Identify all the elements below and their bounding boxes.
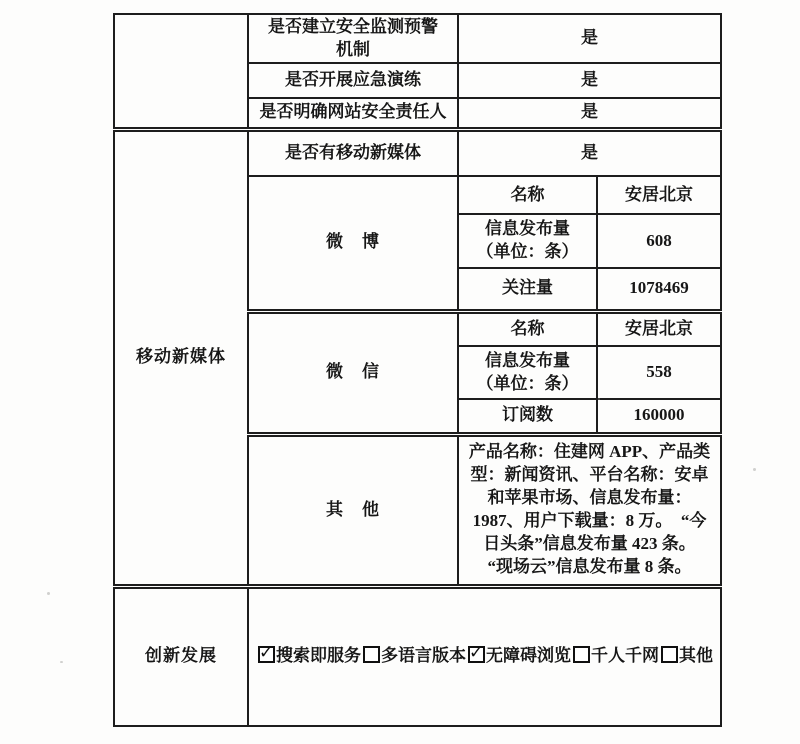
scan-speckle: [47, 592, 50, 595]
other-media-description: 产品名称：住建网 APP、产品类 型：新闻资讯、平台名称：安卓 和苹果市场、信息…: [458, 434, 721, 586]
checkbox-icon: [258, 646, 275, 663]
field-value: 1078469: [597, 268, 721, 311]
answer-cell: 是: [458, 98, 721, 129]
field-label: 名称: [458, 176, 597, 214]
answer-cell: 是: [458, 63, 721, 98]
innovation-checkbox-4: 千人千网: [571, 645, 659, 668]
checkbox-icon: [468, 646, 485, 663]
field-label: 订阅数: [458, 399, 597, 434]
section-label-innovation: 创新发展: [114, 586, 248, 726]
scan-speckle: [598, 398, 600, 400]
weibo-label: 微 博: [248, 176, 458, 311]
wechat-label: 微 信: [248, 311, 458, 434]
question-cell: 是否有移动新媒体: [248, 129, 458, 176]
innovation-checkbox-3: 无障碍浏览: [466, 645, 571, 668]
field-value: 160000: [597, 399, 721, 434]
field-label: 关注量: [458, 268, 597, 311]
innovation-options-row: 搜索即服务多语言版本无障碍浏览千人千网其他: [248, 586, 721, 726]
answer-cell: 是: [458, 14, 721, 63]
field-value: 558: [597, 346, 721, 399]
field-value: 安居北京: [597, 311, 721, 346]
question-cell: 是否建立安全监测预警 机制: [248, 14, 458, 63]
scan-speckle: [60, 661, 63, 663]
question-cell: 是否开展应急演练: [248, 63, 458, 98]
other-media-label: 其 他: [248, 434, 458, 586]
field-label: 名称: [458, 311, 597, 346]
field-value: 608: [597, 214, 721, 268]
checkbox-label: 无障碍浏览: [486, 646, 571, 665]
scan-speckle: [753, 468, 756, 471]
innovation-checkbox-1: 搜索即服务: [256, 645, 361, 668]
field-label: 信息发布量 （单位：条）: [458, 346, 597, 399]
checkbox-icon: [363, 646, 380, 663]
innovation-checkbox-2: 多语言版本: [361, 645, 466, 668]
checkbox-icon: [661, 646, 678, 663]
report-table: 是否建立安全监测预警 机制 是 是否开展应急演练 是 是否明确网站安全责任人 是…: [113, 13, 722, 727]
field-label: 信息发布量 （单位：条）: [458, 214, 597, 268]
section-label-mobile-media: 移动新媒体: [114, 129, 248, 586]
scanned-report-page: 是否建立安全监测预警 机制 是 是否开展应急演练 是 是否明确网站安全责任人 是…: [0, 0, 800, 744]
checkbox-icon: [573, 646, 590, 663]
empty-section-cell: [114, 14, 248, 129]
answer-cell: 是: [458, 129, 721, 176]
checkbox-label: 千人千网: [591, 646, 659, 665]
innovation-checkbox-5: 其他: [659, 645, 713, 668]
checkbox-label: 多语言版本: [381, 646, 466, 665]
question-cell: 是否明确网站安全责任人: [248, 98, 458, 129]
field-value: 安居北京: [597, 176, 721, 214]
checkbox-label: 其他: [679, 646, 713, 665]
checkbox-label: 搜索即服务: [276, 646, 361, 665]
